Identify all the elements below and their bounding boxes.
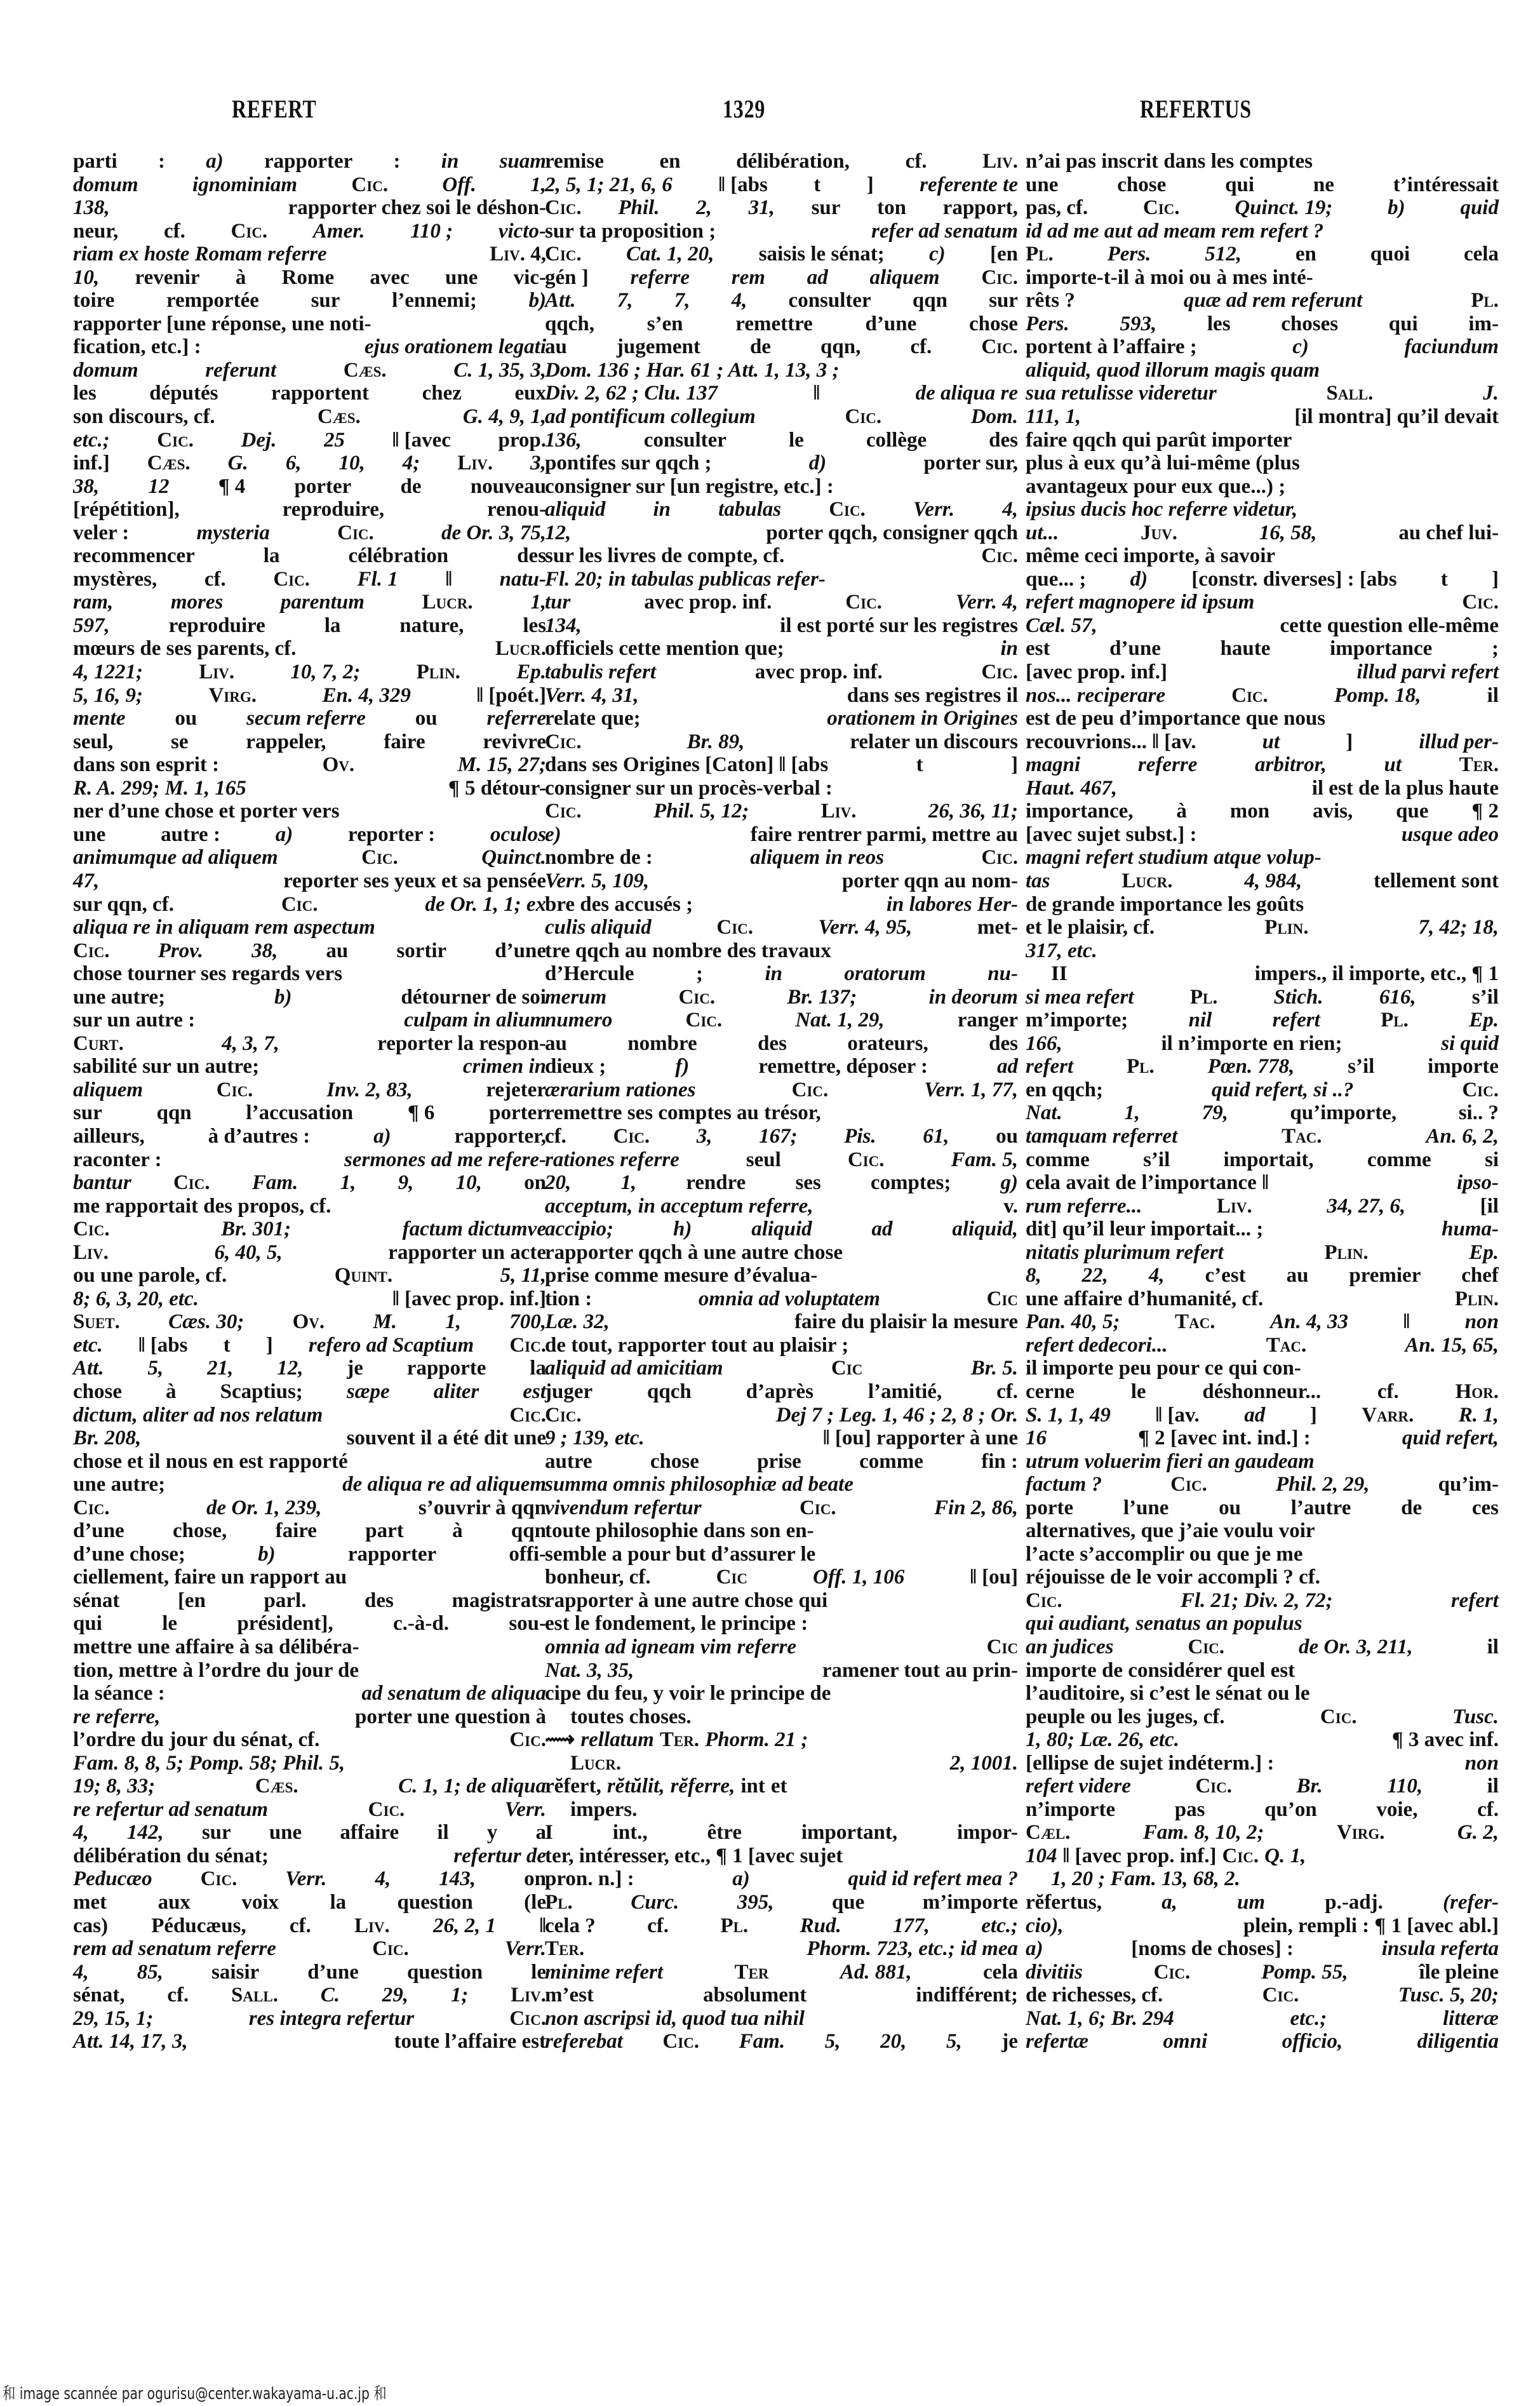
text-line: re referre,porter une question à bbox=[73, 1705, 546, 1729]
text-run: a) bbox=[373, 1125, 391, 1148]
text-run: Nat. 1, 29, bbox=[795, 1009, 884, 1032]
text-run: juger bbox=[545, 1380, 593, 1404]
text-run: Fam. bbox=[252, 1171, 298, 1195]
text-run: il bbox=[1487, 1775, 1499, 1798]
text-run: 6, 40, 5, bbox=[214, 1241, 282, 1265]
text-run: aux bbox=[158, 1891, 191, 1914]
text-run: des bbox=[989, 429, 1018, 452]
text-run: comme bbox=[1367, 1148, 1431, 1172]
text-run: Amer. bbox=[313, 220, 365, 243]
text-run: collège bbox=[866, 429, 927, 452]
text-line: acceptum, in acceptum referre,v. bbox=[545, 1195, 1018, 1218]
text-run: um bbox=[1237, 1891, 1265, 1914]
text-run: bantur bbox=[73, 1171, 131, 1195]
text-line: raconter :sermones ad me refere- bbox=[73, 1148, 546, 1172]
text-line: surqqnl’accusation¶ 6porter bbox=[73, 1101, 546, 1125]
text-line: rêts ?quæ ad rem referuntPl. bbox=[1026, 289, 1499, 313]
text-run: que... ; bbox=[1026, 568, 1086, 591]
text-run: [ellipse de sujet indéterm.] : bbox=[1026, 1752, 1274, 1775]
text-run: An. 15, 65, bbox=[1405, 1334, 1499, 1357]
text-run: Cæl. bbox=[1026, 1821, 1070, 1845]
text-run: au bbox=[545, 1032, 567, 1056]
text-line: dans ses Origines [Caton] ‖ [abst] bbox=[545, 753, 1018, 777]
text-run: de aliqua re bbox=[916, 382, 1018, 405]
text-line: sabilité sur un autre;crimen in bbox=[73, 1055, 546, 1079]
text-line: alternatives, que j’aie voulu voir bbox=[1026, 1519, 1499, 1543]
text-line: ad pontificum collegiumCic.Dom. bbox=[545, 405, 1018, 429]
text-line: Pers.593,leschosesquiim- bbox=[1026, 313, 1499, 336]
text-run: le bbox=[1131, 1380, 1146, 1404]
text-run: d’après bbox=[746, 1380, 814, 1404]
text-run: cas) bbox=[73, 1914, 108, 1938]
text-run: oratorum bbox=[844, 962, 925, 986]
text-run: quid id refert mea ? bbox=[848, 1867, 1018, 1891]
text-run: 16 bbox=[1026, 1427, 1047, 1450]
text-run: factum dictumve bbox=[403, 1218, 546, 1241]
text-run: Peducæo bbox=[73, 1867, 152, 1891]
text-run: Cic. bbox=[509, 1404, 546, 1427]
text-run: nature, bbox=[399, 614, 464, 638]
text-run: 4, bbox=[1002, 498, 1018, 521]
text-run: aliquem bbox=[870, 266, 940, 290]
text-run: An. 6, 2, bbox=[1426, 1125, 1499, 1148]
text-run: 1, bbox=[530, 591, 546, 614]
text-run: bonheur, cf. bbox=[545, 1566, 651, 1589]
text-run: Cic. bbox=[361, 846, 398, 870]
text-line: 104‖ [avec prop. inf.]Cic.Q. 1, bbox=[1026, 1845, 1499, 1868]
text-run: t bbox=[224, 1334, 231, 1357]
text-line: 111, 1,[il montra] qu’il devait bbox=[1026, 405, 1499, 429]
text-run: qui bbox=[73, 1612, 102, 1636]
text-run: [il bbox=[1480, 1195, 1499, 1218]
text-run: re referre, bbox=[73, 1705, 160, 1729]
text-line: Ter.Phorm. 723, etc.; id mea bbox=[545, 1937, 1018, 1961]
text-run: qui bbox=[1389, 313, 1418, 336]
text-line: utrum voluerim fieri an gaudeam bbox=[1026, 1450, 1499, 1474]
text-line: que... ;d)[constr. diverses] : [abst] bbox=[1026, 568, 1499, 591]
text-line: importe de considérer quel est bbox=[1026, 1659, 1499, 1683]
text-run: cf. bbox=[910, 335, 932, 359]
text-run: porter une question à bbox=[355, 1705, 546, 1729]
text-line: neur,cf.Cic.Amer.110 ;victo- bbox=[73, 220, 546, 243]
text-run: Tusc. bbox=[1452, 1705, 1499, 1729]
text-run: consigner sur [un registre, etc.] : bbox=[545, 475, 834, 499]
text-line: rem ad senatum referreCic.Verr. bbox=[73, 1937, 546, 1961]
text-run: rapporter qqch à une autre chose bbox=[545, 1241, 843, 1265]
text-run: nouveau bbox=[471, 475, 546, 499]
text-run: quid refert, bbox=[1402, 1427, 1499, 1450]
text-run: Verr. bbox=[505, 1937, 546, 1961]
text-run: comme bbox=[1026, 1148, 1090, 1172]
text-run: de grande importance les goûts bbox=[1026, 893, 1304, 917]
text-run: Liv. bbox=[511, 1984, 546, 2007]
text-run: Cic. bbox=[157, 429, 194, 452]
text-run: dictum, aliter ad nos relatum bbox=[73, 1404, 323, 1427]
text-run: gén ] bbox=[545, 266, 589, 290]
text-run: parl. bbox=[264, 1589, 307, 1613]
text-run: S. 1, 1, 49 bbox=[1026, 1404, 1111, 1427]
text-run: Cic. bbox=[678, 986, 715, 1009]
text-run: 22, bbox=[1082, 1264, 1108, 1287]
text-run: Cic. bbox=[351, 173, 388, 197]
text-run: une bbox=[445, 266, 478, 290]
text-run: il n’importe en rien; bbox=[1161, 1032, 1342, 1056]
text-run: G. 4, 9, 1, bbox=[463, 405, 546, 429]
text-run: refert magnopere id ipsum bbox=[1026, 591, 1254, 614]
text-run: in deorum bbox=[929, 986, 1018, 1009]
text-run: il bbox=[437, 1821, 448, 1845]
text-run: vic- bbox=[514, 266, 546, 290]
text-run: Cic. bbox=[1170, 1473, 1207, 1496]
text-run: voix bbox=[241, 1891, 279, 1914]
text-run: remettre bbox=[735, 313, 813, 336]
text-line: d’une chose;b)rapporteroffi- bbox=[73, 1543, 546, 1566]
text-line: importe-t-il à moi ou à mes inté- bbox=[1026, 266, 1499, 290]
text-line: etc.‖ [abst]refero ad ScaptiumCic. bbox=[73, 1334, 546, 1357]
text-line: de tout, rapporter tout au plaisir ; bbox=[545, 1334, 1018, 1357]
text-line: de richesses, cf.Cic.Tusc. 5, 20; bbox=[1026, 1984, 1499, 2007]
text-run: s’ouvrir à qqn bbox=[418, 1496, 546, 1520]
text-run: impers., il importe, etc., ¶ 1 bbox=[1255, 962, 1499, 986]
text-run: dans son esprit : bbox=[73, 753, 219, 777]
text-run: relater un discours bbox=[850, 730, 1018, 754]
text-line: est le fondement, le principe : bbox=[545, 1612, 1018, 1636]
text-run: litteræ bbox=[1443, 2007, 1499, 2031]
text-line: chose tourner ses regards vers bbox=[73, 962, 546, 986]
text-run: 79, bbox=[1202, 1101, 1228, 1125]
text-run: n’ai pas inscrit dans les comptes bbox=[1026, 150, 1313, 173]
text-run: sortir bbox=[396, 939, 446, 963]
text-run: Quint. bbox=[335, 1264, 392, 1287]
text-run: diligentia bbox=[1417, 2030, 1499, 2053]
text-line: en qqch;quid refert, si ..?Cic. bbox=[1026, 1079, 1499, 1102]
text-run: qqch, bbox=[545, 313, 594, 336]
text-run: Verr. 5, 109, bbox=[545, 870, 649, 893]
text-run: [en bbox=[178, 1589, 206, 1613]
text-run: 1, bbox=[340, 1171, 356, 1195]
text-run: s’en bbox=[647, 313, 683, 336]
text-run: réjouisse de le voir accompli ? cf. bbox=[1026, 1566, 1320, 1589]
text-run: délibération du sénat; bbox=[73, 1845, 269, 1868]
text-run: Br. 208, bbox=[73, 1427, 141, 1450]
text-run: Pl. bbox=[1471, 289, 1499, 313]
text-run: seul bbox=[746, 1148, 781, 1172]
text-run: quid refert, si ..? bbox=[1212, 1079, 1354, 1102]
text-run: Cic. bbox=[545, 196, 582, 220]
text-run: Cic. bbox=[1188, 1636, 1224, 1659]
text-run: Cic. bbox=[545, 1404, 582, 1427]
text-run: Cic. bbox=[73, 939, 110, 963]
text-run: à bbox=[452, 1519, 463, 1543]
text-run: 31, bbox=[749, 196, 775, 220]
text-run: Cæs. 30; bbox=[168, 1310, 244, 1334]
text-line: non ascripsi id, quod tua nihil bbox=[545, 2007, 1018, 2031]
text-run: ‖ bbox=[813, 382, 820, 405]
text-run: Cic. bbox=[201, 1867, 238, 1891]
text-run: les bbox=[523, 614, 546, 638]
text-run: 10, bbox=[339, 452, 365, 475]
text-run: reporter la respon- bbox=[377, 1032, 546, 1056]
text-run: Cic bbox=[987, 1636, 1018, 1659]
text-run: de richesses, cf. bbox=[1026, 1984, 1163, 2007]
text-run: toute l’affaire est bbox=[394, 2030, 546, 2053]
text-run: summa omnis philosophiæ ad beate bbox=[545, 1473, 854, 1496]
text-run: souvent il a été dit une bbox=[347, 1427, 546, 1450]
text-run: C. 1, 1; de aliqua bbox=[398, 1775, 546, 1798]
text-line: Br. 208,souvent il a été dit une bbox=[73, 1427, 546, 1450]
text-run: acceptum, in acceptum referre, bbox=[545, 1195, 814, 1218]
text-run: au chef lui- bbox=[1398, 521, 1499, 545]
text-run: b) bbox=[529, 289, 547, 313]
text-line: Suet.Cæs. 30;Ov.M.1,700, bbox=[73, 1310, 546, 1334]
text-run: Tac. bbox=[1175, 1310, 1215, 1334]
column-3: n’ai pas inscrit dans les comptesunechos… bbox=[1026, 150, 1499, 2053]
text-run: Cic. bbox=[509, 1728, 546, 1752]
text-run: Cic. bbox=[337, 521, 374, 545]
text-run: ejus orationem legati bbox=[365, 335, 546, 359]
text-run: An. 4, 33 bbox=[1270, 1310, 1348, 1334]
text-run: 7, bbox=[617, 289, 633, 313]
text-run: Cic. bbox=[981, 661, 1018, 684]
text-run: Hor. bbox=[1456, 1380, 1499, 1404]
text-run: 10, bbox=[456, 1171, 482, 1195]
text-run: b) bbox=[274, 986, 292, 1009]
text-run: ces bbox=[1472, 1496, 1499, 1520]
text-line: Cic.Prov.38,ausortird’une bbox=[73, 939, 546, 963]
text-line: aujugementdeqqn,cf.Cic. bbox=[545, 335, 1018, 359]
text-run: ‖ [avec prop. inf.] bbox=[392, 1287, 546, 1311]
text-line: Nat.1,79,qu’importe,si.. ? bbox=[1026, 1101, 1499, 1125]
text-run: M. 15, 27; bbox=[458, 753, 546, 777]
text-run: des bbox=[517, 544, 546, 568]
text-run: 12, bbox=[277, 1357, 303, 1380]
text-run: Cæs. bbox=[147, 452, 191, 475]
text-run: Cic. bbox=[372, 1937, 409, 1961]
text-run: ‖ [av. bbox=[1155, 1404, 1199, 1427]
text-run: plein, rempli : ¶ 1 [avec abl.] bbox=[1243, 1914, 1499, 1938]
text-line: refert videreCic.Br.110,il bbox=[1026, 1775, 1499, 1798]
text-line: R. A. 299; M. 1, 165¶ 5 détour- bbox=[73, 777, 546, 800]
text-run: les bbox=[73, 382, 97, 405]
text-run: sur les livres de compte, cf. bbox=[545, 544, 784, 568]
text-run: Prov. bbox=[158, 939, 203, 963]
text-line: gén ]referreremadaliquemCic. bbox=[545, 266, 1018, 290]
text-run: Br. 5. bbox=[971, 1357, 1018, 1380]
text-run: Pl. bbox=[1127, 1055, 1155, 1079]
text-run: orateurs, bbox=[847, 1032, 928, 1056]
text-run: pontifes sur qqch ; bbox=[545, 452, 712, 475]
text-run: reproduire, bbox=[283, 498, 384, 521]
text-run: 4, 1221; bbox=[73, 661, 143, 684]
text-line: recommencerlacélébrationdes bbox=[73, 544, 546, 568]
text-run: culpam in alium bbox=[404, 1009, 546, 1032]
text-line: Curt.4, 3, 7,reporter la respon- bbox=[73, 1032, 546, 1056]
text-run: in labores Her- bbox=[887, 893, 1018, 917]
text-run: Br. 89, bbox=[687, 730, 745, 754]
text-line: bre des accusés ;in labores Her- bbox=[545, 893, 1018, 917]
text-run: Tac. bbox=[1266, 1334, 1306, 1357]
text-line: rĕfertus,a,ump.-adj.(refer- bbox=[1026, 1891, 1499, 1914]
text-run: de bbox=[401, 475, 422, 499]
text-run: factum ? bbox=[1026, 1473, 1102, 1496]
text-run: avis, bbox=[1313, 800, 1353, 823]
text-line: [répétition],reproduire,renou- bbox=[73, 498, 546, 521]
text-run: aliquid bbox=[751, 1218, 812, 1241]
text-run: quæ ad rem referunt bbox=[1184, 289, 1362, 313]
text-line: 1, 20 ; Fam. 13, 68, 2. bbox=[1026, 1867, 1499, 1891]
text-run: Cic. bbox=[845, 405, 881, 429]
text-run: magni bbox=[1026, 753, 1080, 777]
text-run: m’est bbox=[545, 1984, 594, 2007]
text-run: Pers. bbox=[1026, 313, 1069, 336]
text-run: Ter. bbox=[1459, 753, 1499, 777]
text-run: Liv. bbox=[199, 661, 234, 684]
text-run: de Or. 3, 75, bbox=[441, 521, 546, 545]
running-head-right: REFERTUS bbox=[1140, 94, 1252, 124]
text-run: cf. bbox=[204, 568, 226, 591]
text-line: tion, mettre à l’ordre du jour de bbox=[73, 1659, 546, 1683]
text-run: [en bbox=[990, 243, 1018, 266]
text-run: porter qqn au nom- bbox=[842, 870, 1018, 893]
text-run: en bbox=[660, 150, 681, 173]
text-run: remportée bbox=[166, 289, 259, 313]
text-run: question bbox=[398, 1891, 473, 1914]
text-run: c.-à-d. bbox=[393, 1612, 449, 1636]
text-run: cela bbox=[983, 1961, 1018, 1984]
text-line: Cic.Cat. 1, 20,saisis le sénat;c)[en bbox=[545, 243, 1018, 266]
text-run: ad senatum de aliqua bbox=[361, 1682, 546, 1705]
text-line: ⟿rellatumTer.Phorm. 21 ; bbox=[545, 1728, 1018, 1752]
text-run: Off. bbox=[442, 173, 476, 197]
text-run: revenir bbox=[135, 266, 200, 290]
text-run: semble a pour but d’assurer le bbox=[545, 1543, 815, 1566]
text-run: de bbox=[1401, 1496, 1422, 1520]
text-run: 2, bbox=[696, 196, 712, 220]
text-run: 317, etc. bbox=[1026, 939, 1097, 963]
text-run: tur bbox=[545, 591, 570, 614]
text-run: Liv. bbox=[982, 150, 1018, 173]
text-run: Lucr. bbox=[570, 1752, 621, 1775]
text-run: f) bbox=[675, 1055, 689, 1079]
text-line: mœurs de ses parents, cf.Lucr. bbox=[73, 637, 546, 661]
text-run: il bbox=[1487, 1636, 1499, 1659]
text-run: autre bbox=[545, 1450, 593, 1474]
text-run: vivendum refertur bbox=[545, 1496, 702, 1520]
text-run: ‖ [avec bbox=[392, 429, 451, 452]
text-run: 16, 58, bbox=[1259, 521, 1317, 545]
text-run: faire du plaisir la mesure bbox=[794, 1310, 1018, 1334]
text-line: sénat[enparl.desmagistrats bbox=[73, 1589, 546, 1613]
text-run: En. 4, 329 bbox=[322, 684, 410, 708]
text-line: l’auditoire, si c’est le sénat ou le bbox=[1026, 1682, 1499, 1705]
text-line: choseàScaptius;sæpealiterest bbox=[73, 1380, 546, 1404]
text-line: prise comme mesure d’évalua- bbox=[545, 1264, 1018, 1287]
text-run: Fl. 20; in tabulas publicas refer- bbox=[545, 568, 826, 591]
text-run: Pis. bbox=[844, 1125, 876, 1148]
text-run: G. 2, bbox=[1457, 1821, 1499, 1845]
text-line: uneautre :a)reporter :oculos bbox=[73, 823, 546, 847]
text-run: 136, bbox=[545, 429, 582, 452]
text-line: cipe du feu, y voir le principe de bbox=[545, 1682, 1018, 1705]
text-run: Cic. bbox=[981, 266, 1018, 290]
text-run: veler : bbox=[73, 521, 129, 545]
text-run: ou bbox=[415, 707, 438, 730]
text-run: II bbox=[1051, 962, 1068, 986]
text-run: il bbox=[1487, 684, 1499, 708]
text-run: sur qqn, cf. bbox=[73, 893, 174, 917]
text-run: riam ex hoste Romam referre bbox=[73, 243, 327, 266]
text-run: neur, bbox=[73, 220, 118, 243]
text-run: Verr. bbox=[913, 498, 954, 521]
text-run: remettre ses comptes au trésor, bbox=[545, 1101, 821, 1125]
text-run: indifférent; bbox=[916, 1984, 1018, 2007]
text-run: une bbox=[1026, 173, 1058, 197]
text-run: t bbox=[1441, 568, 1448, 591]
text-run: Cic. bbox=[1462, 1079, 1499, 1102]
text-run: cette question elle-même bbox=[1280, 614, 1499, 638]
text-run: Cic. bbox=[1143, 196, 1180, 220]
text-line: aliquid, quod illorum magis quam bbox=[1026, 359, 1499, 382]
text-run: Haut. 467, bbox=[1026, 777, 1117, 800]
text-run: cf. bbox=[996, 1380, 1018, 1404]
text-run: Plin. bbox=[1264, 916, 1308, 939]
text-run: Ter bbox=[734, 1961, 768, 1984]
text-run: y bbox=[487, 1821, 498, 1845]
text-run: Att. 14, 17, 3, bbox=[73, 2030, 188, 2053]
text-run: comptes; bbox=[871, 1171, 951, 1195]
text-run: refertæ bbox=[1026, 2030, 1088, 2053]
text-run: portent à l’affaire ; bbox=[1026, 335, 1197, 359]
text-run: cf. bbox=[167, 1984, 189, 2007]
text-line: refertæomniofficio,diligentia bbox=[1026, 2030, 1499, 2053]
text-run: la bbox=[330, 1891, 346, 1914]
text-run: Scaptius; bbox=[220, 1380, 303, 1404]
text-run: Fam. 5, bbox=[951, 1148, 1018, 1172]
text-run: rĕferre, bbox=[671, 1775, 735, 1798]
text-run: ramener tout au prin- bbox=[822, 1659, 1018, 1683]
text-run: sæpe bbox=[347, 1380, 390, 1404]
text-run: rendre bbox=[686, 1171, 746, 1195]
text-run: le bbox=[789, 429, 804, 452]
text-run: Pomp. 55, bbox=[1261, 1961, 1348, 1984]
text-run: refert dedecori... bbox=[1026, 1334, 1168, 1357]
text-run: cf. bbox=[290, 1914, 311, 1938]
text-line: une autre;b)détourner de soi bbox=[73, 986, 546, 1009]
text-run: qu’im- bbox=[1438, 1473, 1499, 1496]
text-run: renou- bbox=[487, 498, 546, 521]
text-line: Att.7,7,4,consulterqqnsur bbox=[545, 289, 1018, 313]
text-run: 104 bbox=[1026, 1845, 1057, 1868]
text-run: de bbox=[750, 335, 771, 359]
text-run: cf. bbox=[1477, 1798, 1499, 1822]
text-line: 8; 6, 3, 20, etc.‖ [avec prop. inf.] bbox=[73, 1287, 546, 1311]
text-run: l’amitié, bbox=[868, 1380, 942, 1404]
text-run: 4, bbox=[73, 1821, 89, 1845]
text-run: sur bbox=[73, 1101, 102, 1125]
text-run: referente te bbox=[920, 173, 1018, 197]
text-run: si.. ? bbox=[1459, 1101, 1499, 1125]
text-run: 111, 1, bbox=[1026, 405, 1081, 429]
text-run: d’une bbox=[1109, 637, 1161, 661]
text-run: [constr. diverses] : [abs bbox=[1191, 568, 1396, 591]
text-line: rapporter [une réponse, une noti- bbox=[73, 313, 546, 336]
text-run: minime refert bbox=[545, 1961, 663, 1984]
text-run: recommencer bbox=[73, 544, 195, 568]
text-line: recouvrions... ‖ [av.ut]illud per- bbox=[1026, 730, 1499, 754]
text-run: porte bbox=[1026, 1496, 1073, 1520]
text-run: Plin. bbox=[1455, 1287, 1499, 1311]
text-run: ; bbox=[696, 962, 703, 986]
